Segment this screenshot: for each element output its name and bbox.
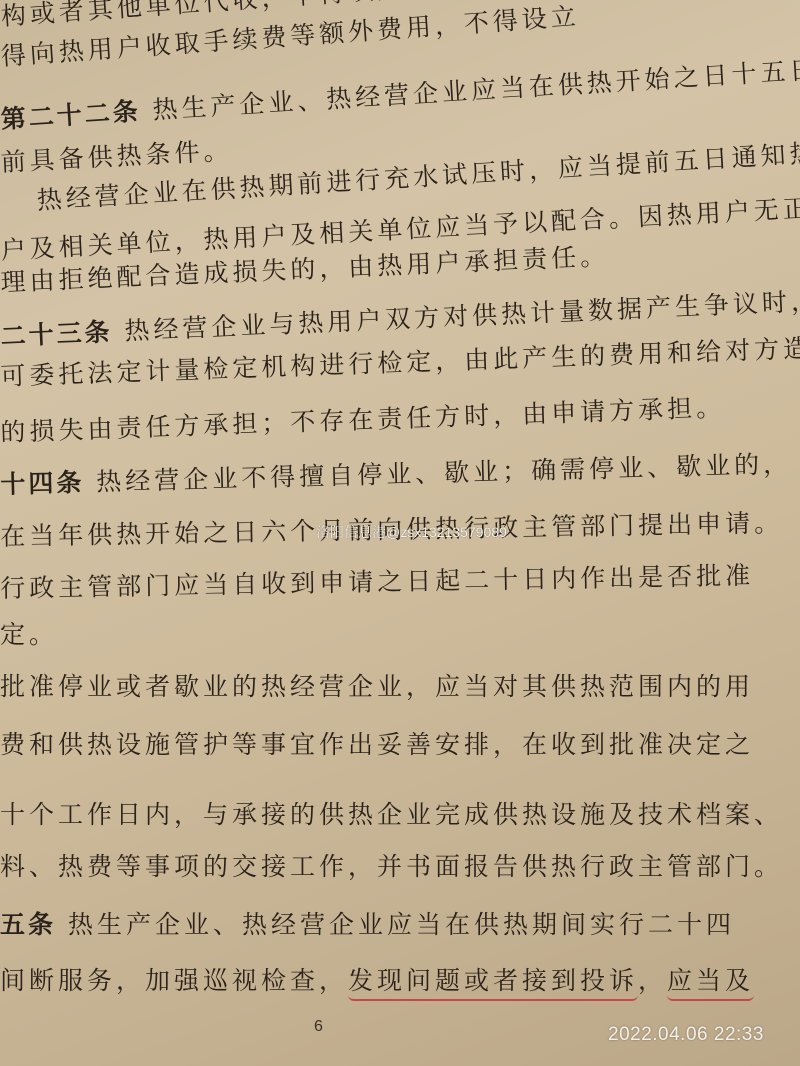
text-line: 定。	[0, 620, 58, 650]
text-line-underlined: 间断服务，加强巡视检查，发现问题或者接到投诉，应当及	[0, 966, 754, 996]
article-25-line: 五条 热生产企业、热经营企业应当在供热期间实行二十四	[0, 910, 735, 940]
text-line: 费和供热设施管护等事宜作出妥善安排，在收到批准决定之	[0, 730, 754, 760]
text-segment: ，	[638, 966, 667, 995]
text-line: 前具备供热条件。	[0, 136, 233, 178]
text-line: 料、热费等事项的交接工作，并书面报告供热行政主管部门。	[0, 852, 783, 882]
page-number: 6	[314, 1018, 323, 1036]
article-heading: 五条	[0, 910, 56, 939]
text-line: 的损失由责任方承担；不存在责任方时，由申请方承担。	[0, 393, 726, 448]
article-text: 热生产企业、热经营企业应当在供热开始之日十五日	[152, 55, 800, 125]
text-line: 批准停业或者歇业的热经营企业，应当对其供热范围内的用	[0, 672, 754, 702]
red-underline-annotation: 应当及	[667, 966, 754, 1001]
text-segment: 间断服务，加强巡视检查，	[0, 966, 348, 995]
article-heading: 十四条	[0, 468, 85, 499]
article-text: 热经营企业不得擅自停业、歇业；确需停业、歇业的，	[96, 449, 793, 496]
article-24-line: 十四条 热经营企业不得擅自停业、歇业；确需停业、歇业的，	[0, 449, 792, 500]
text-line: 行政主管部门应当自收到申请之日起二十日内作出是否批准	[0, 561, 754, 604]
article-heading: 二十三条	[0, 317, 113, 351]
document-photo: 构或者其他单位代收，不得以其它 得向热用户收取手续费等额外费用，不得设立 第二十…	[0, 0, 800, 1066]
article-22-line: 第二十二条 热生产企业、热经营企业应当在供热开始之日十五日	[0, 55, 800, 135]
red-underline-annotation: 发现问题或者接到投诉	[348, 966, 638, 1001]
article-text: 热生产企业、热经营企业应当在供热期间实行二十四	[68, 910, 735, 939]
site-watermark: 洛阳信息港@zsx13213579089	[316, 522, 507, 542]
photo-timestamp: 2022.04.06 22:33	[608, 1024, 764, 1046]
article-heading: 第二十二条	[0, 96, 142, 133]
text-line: 十个工作日内，与承接的供热企业完成供热设施及技术档案、	[0, 800, 783, 830]
